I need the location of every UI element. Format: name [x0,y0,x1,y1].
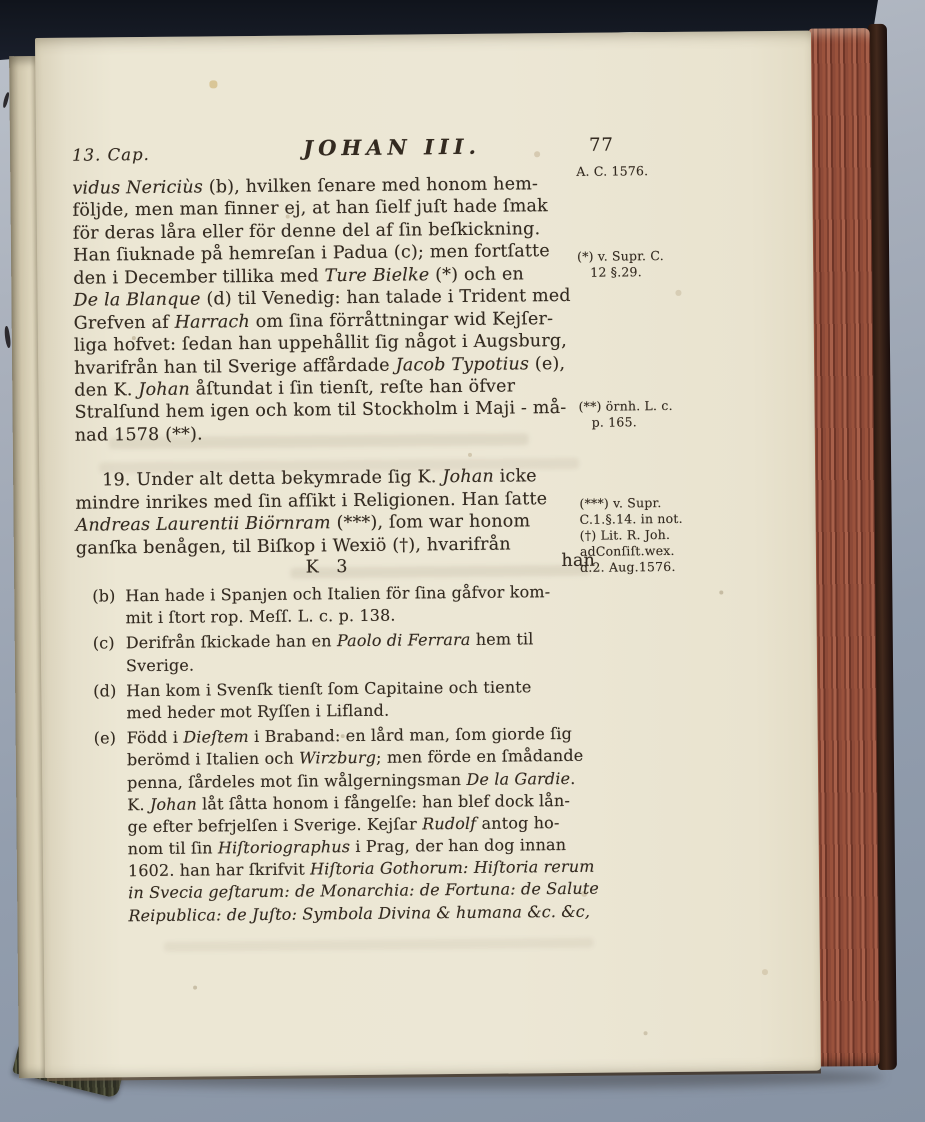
text-line: (*) v. Supr. C. [577,248,697,265]
text-line: C.1.§.14. in not. [580,511,700,528]
text-line: mit i ſtort rop. Meſſ. L. c. p. 138. [92,603,614,630]
body-text: vidus Nericiùs (b), hvilken ſenare med h… [72,173,583,560]
text-line: nad 1578 (**). [75,420,582,447]
text-line: Reipublica: de Juſto: Symbola Divina & h… [95,900,617,927]
footnote: (d)Han kom i Svenſk tienſt ſom Capitaine… [93,675,615,724]
text-line: A. C. 1576. [576,163,696,180]
footnote: (c)Derifrån ſkickade han en Paolo di Fer… [93,628,615,677]
text-line: 12 §.29. [577,264,697,281]
book-fore-edge [809,28,880,1067]
margin-note: (**) örnh. L. c.p. 165. [578,398,698,431]
catchword: han [561,551,595,571]
paper-speckles [35,38,37,40]
footnote-marker: (c) [93,633,126,656]
footnote-marker: (b) [92,585,125,608]
footnotes: (b)Han hade i Spanjen och Italien för ſi… [92,581,617,931]
text-line: (†) Lit. R. Joh. [580,527,700,544]
running-title: JOHAN III. [252,133,532,161]
footnote-marker: (d) [93,680,126,703]
margin-note: (*) v. Supr. C.12 §.29. [577,248,697,281]
text-line: d.2. Aug.1576. [580,559,700,576]
margin-note: (***) v. Supr.C.1.§.14. in not. [579,495,699,528]
chapter-label: 13. Cap. [72,145,150,165]
book: 13. Cap. JOHAN III. 77 A. C. 1576. (*) v… [0,0,925,1122]
page-number: 77 [589,135,614,156]
paragraph: vidus Nericiùs (b), hvilken ſenare med h… [72,173,582,447]
footnote: (b)Han hade i Spanjen och Italien för ſi… [92,581,614,630]
page-header: 13. Cap. JOHAN III. 77 [72,133,612,166]
text-line: (**) örnh. L. c. [578,398,698,415]
signature-mark: K 3 [76,555,583,580]
margin-note: (†) Lit. R. Joh.adConſiſt.wex.d.2. Aug.1… [580,527,700,576]
text-line: (***) v. Supr. [579,495,699,512]
text-line: med heder mot Ryſſen i Lifland. [93,697,615,724]
signature-row: K 3 han [76,555,583,583]
paragraph: 19. Under alt detta bekymrade ſig K. Joh… [75,465,583,560]
text-line: Sverige. [93,650,615,677]
photo-backdrop: 13. Cap. JOHAN III. 77 A. C. 1576. (*) v… [0,0,925,1122]
bleed-through [164,938,594,952]
text-line: p. 165. [579,414,699,431]
footnote: (e)Född i Dieſtem i Braband: en lård man… [94,723,618,928]
margin-note-year: A. C. 1576. [576,163,696,180]
book-page: 13. Cap. JOHAN III. 77 A. C. 1576. (*) v… [35,31,821,1078]
text-line: adConſiſt.wex. [580,543,700,560]
footnote-marker: (e) [94,727,127,750]
